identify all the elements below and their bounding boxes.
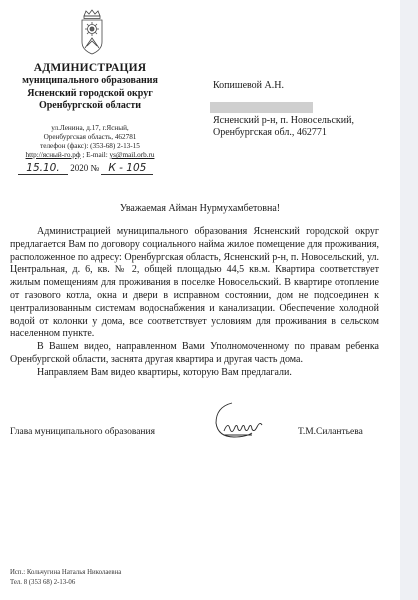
salutation: Уважаемая Айман Нурмухамбетовна! bbox=[0, 203, 400, 214]
executor-footer: Исп.: Кольчугина Наталья Николаевна Тел.… bbox=[10, 568, 121, 588]
letter-page: АДМИНИСТРАЦИЯ муниципального образования… bbox=[0, 0, 400, 600]
org-address-line: телефон (факс): (353-68) 2-13-15 bbox=[0, 142, 180, 151]
date-year: 2020 bbox=[70, 163, 88, 173]
email-link[interactable]: ys@mail.orb.ru bbox=[110, 151, 155, 159]
recipient-address: Ясненский р-н, п. Новосельский, Оренбург… bbox=[213, 115, 354, 139]
handwritten-signature-icon bbox=[210, 397, 280, 445]
coat-of-arms-icon bbox=[78, 8, 106, 56]
org-address-line: ул.Ленина, д.17, г.Ясный, bbox=[0, 124, 180, 133]
recipient-address-line: Ясненский р-н, п. Новосельский, bbox=[213, 115, 354, 127]
signatory-name: Т.М.Силантьева bbox=[298, 427, 363, 437]
org-title: АДМИНИСТРАЦИЯ bbox=[0, 62, 180, 75]
org-address-line: Оренбургская область, 462781 bbox=[0, 133, 180, 142]
recipient-name: Копишевой А.Н. bbox=[213, 80, 284, 92]
date-number-row: 15.10. 2020 № К - 105 bbox=[18, 162, 168, 176]
recipient-address-line: Оренбургская обл., 462771 bbox=[213, 127, 354, 139]
org-line: муниципального образования bbox=[0, 75, 180, 88]
email-label: ; E-mail: bbox=[82, 151, 107, 159]
org-header: АДМИНИСТРАЦИЯ муниципального образования… bbox=[0, 62, 180, 113]
body-paragraph: Администрацией муниципального образовани… bbox=[10, 226, 379, 341]
executor-phone: Тел. 8 (353 68) 2-13-06 bbox=[10, 578, 121, 588]
org-contacts: http://ясный-го.рф ; E-mail: ys@mail.orb… bbox=[0, 151, 180, 160]
body-paragraph: В Вашем видео, направленном Вами Уполном… bbox=[10, 341, 379, 367]
org-line: Ясненский городской округ bbox=[0, 88, 180, 101]
executor-name: Исп.: Кольчугина Наталья Николаевна bbox=[10, 568, 121, 578]
number-label: № bbox=[91, 163, 100, 173]
website-link[interactable]: http://ясный-го.рф bbox=[26, 151, 81, 159]
body-paragraph: Направляем Вам видео квартиры, которую В… bbox=[10, 367, 379, 380]
handwritten-date: 15.10. bbox=[18, 162, 68, 175]
signatory-position: Глава муниципального образования bbox=[10, 427, 155, 437]
viewer-gutter bbox=[400, 0, 418, 600]
handwritten-number: К - 105 bbox=[101, 162, 153, 175]
org-line: Оренбургской области bbox=[0, 100, 180, 113]
redaction-bar bbox=[210, 102, 313, 113]
letter-body: Администрацией муниципального образовани… bbox=[10, 226, 379, 380]
org-address: ул.Ленина, д.17, г.Ясный, Оренбургская о… bbox=[0, 124, 180, 160]
